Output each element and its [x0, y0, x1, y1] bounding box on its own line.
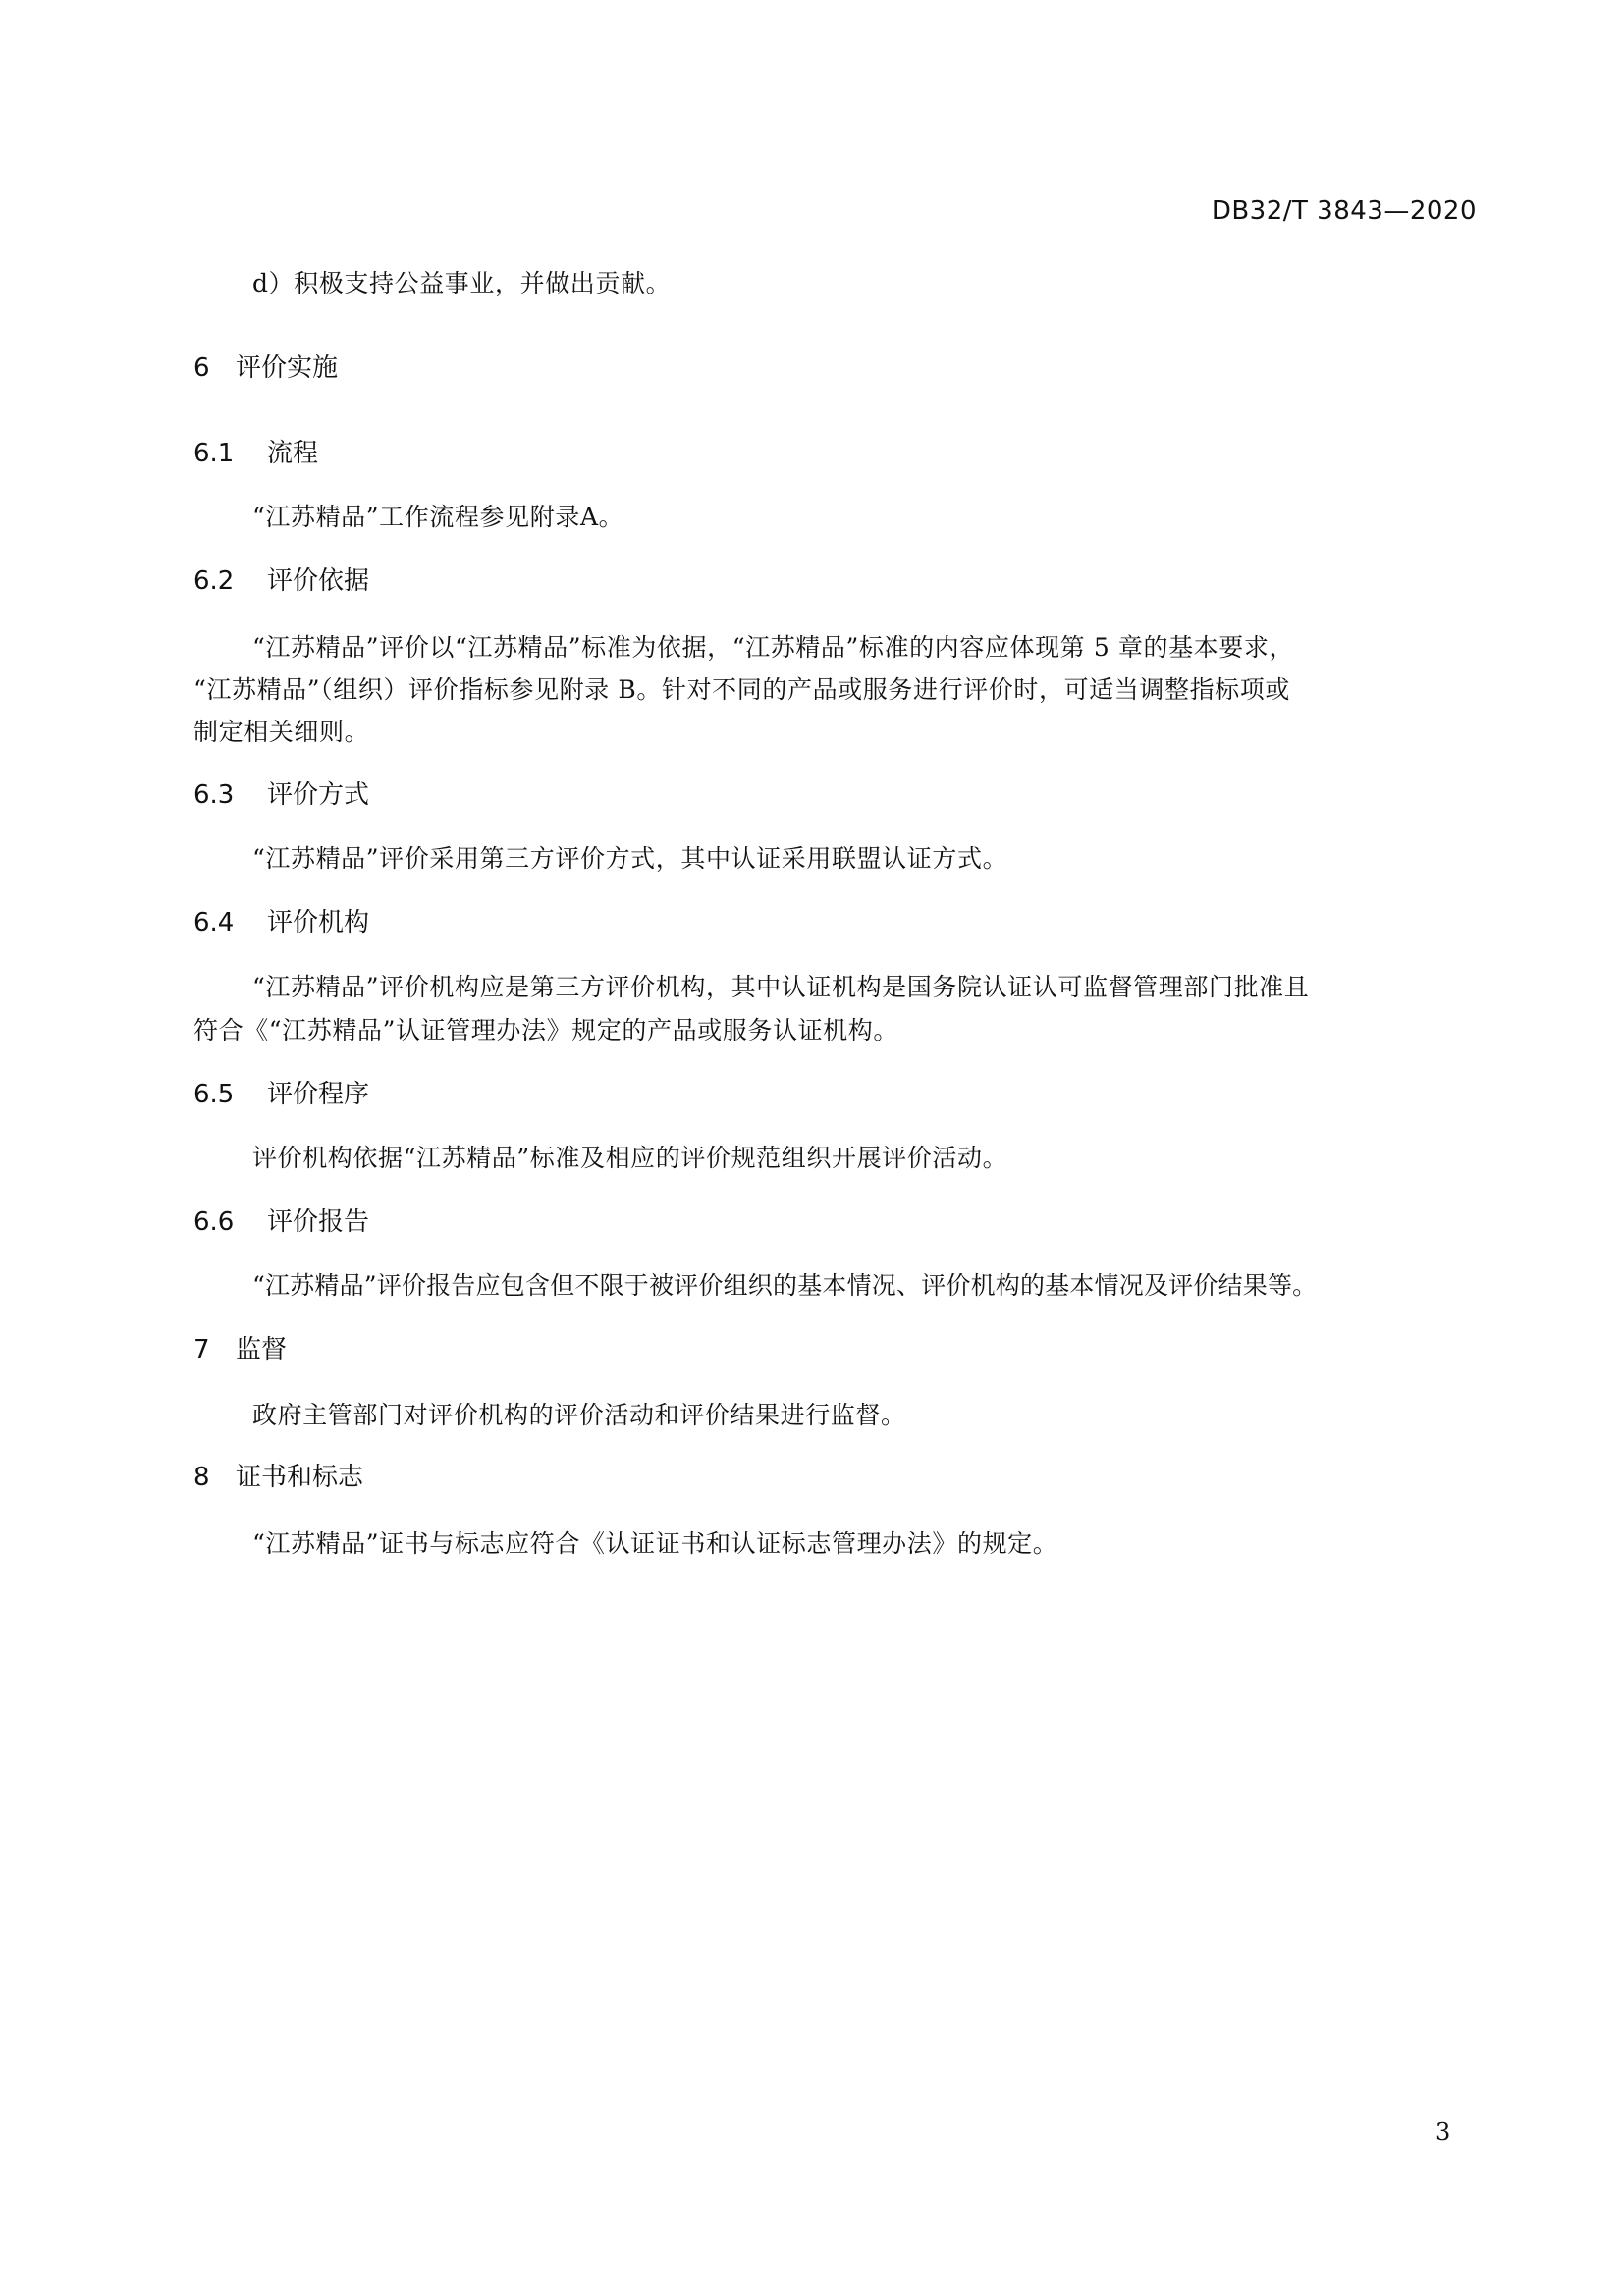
section-heading-6-4: 6.4评价机构 [193, 910, 369, 935]
section-number: 7 [193, 1337, 236, 1362]
section-number: 8 [193, 1465, 236, 1490]
section-heading-6-6: 6.6评价报告 [193, 1209, 369, 1235]
paragraph-7: 政府主管部门对评价机构的评价活动和评价结果进行监督。 [252, 1403, 906, 1427]
section-heading-6-1: 6.1流程 [193, 441, 318, 466]
section-title: 评价依据 [267, 566, 369, 596]
paragraph-6-5: 评价机构依据“江苏精品”标准及相应的评价规范组织开展评价活动。 [252, 1146, 1007, 1170]
section-heading-6-2: 6.2评价依据 [193, 568, 369, 594]
section-title: 评价方式 [267, 780, 369, 810]
list-item-d: d）积极支持公益事业，并做出贡献。 [252, 271, 671, 295]
paragraph-6-4-line-1: “江苏精品”评价机构应是第三方评价机构，其中认证机构是国务院认证认可监督管理部门… [252, 975, 1309, 999]
section-heading-7: 7监督 [193, 1337, 287, 1362]
section-title: 证书和标志 [236, 1463, 363, 1492]
page-number: 3 [1435, 2118, 1450, 2146]
section-number: 6.3 [193, 782, 267, 808]
paragraph-8: “江苏精品”证书与标志应符合《认证证书和认证标志管理办法》的规定。 [252, 1531, 1057, 1556]
paragraph-6-1: “江苏精品”工作流程参见附录A。 [252, 505, 623, 529]
section-number: 6.2 [193, 568, 267, 594]
section-number: 6 [193, 355, 236, 381]
paragraph-6-6: “江苏精品”评价报告应包含但不限于被评价组织的基本情况、评价机构的基本情况及评价… [252, 1273, 1317, 1298]
section-title: 评价实施 [236, 353, 338, 383]
section-title: 评价报告 [267, 1207, 369, 1237]
section-title: 评价机构 [267, 908, 369, 937]
section-title: 评价程序 [267, 1080, 369, 1109]
paragraph-6-2-line-3: 制定相关细则。 [193, 720, 369, 744]
paragraph-6-2-line-2: “江苏精品”（组织）评价指标参见附录 B。针对不同的产品或服务进行评价时，可适当… [193, 677, 1290, 702]
paragraph-6-3: “江苏精品”评价采用第三方评价方式，其中认证采用联盟认证方式。 [252, 846, 1007, 871]
section-heading-8: 8证书和标志 [193, 1465, 363, 1490]
section-number: 6.5 [193, 1082, 267, 1107]
section-heading-6-3: 6.3评价方式 [193, 782, 369, 808]
section-title: 监督 [236, 1335, 287, 1364]
section-number: 6.6 [193, 1209, 267, 1235]
paragraph-6-2-line-1: “江苏精品”评价以“江苏精品”标准为依据，“江苏精品”标准的内容应体现第 5 章… [252, 635, 1294, 660]
section-number: 6.4 [193, 910, 267, 935]
section-number: 6.1 [193, 441, 267, 466]
section-heading-6-5: 6.5评价程序 [193, 1082, 369, 1107]
document-number-header: DB32/T 3843—2020 [1212, 196, 1477, 226]
section-title: 流程 [267, 439, 318, 468]
paragraph-6-4-line-2: 符合《“江苏精品”认证管理办法》规定的产品或服务认证机构。 [193, 1018, 898, 1042]
section-heading-6: 6评价实施 [193, 355, 338, 381]
